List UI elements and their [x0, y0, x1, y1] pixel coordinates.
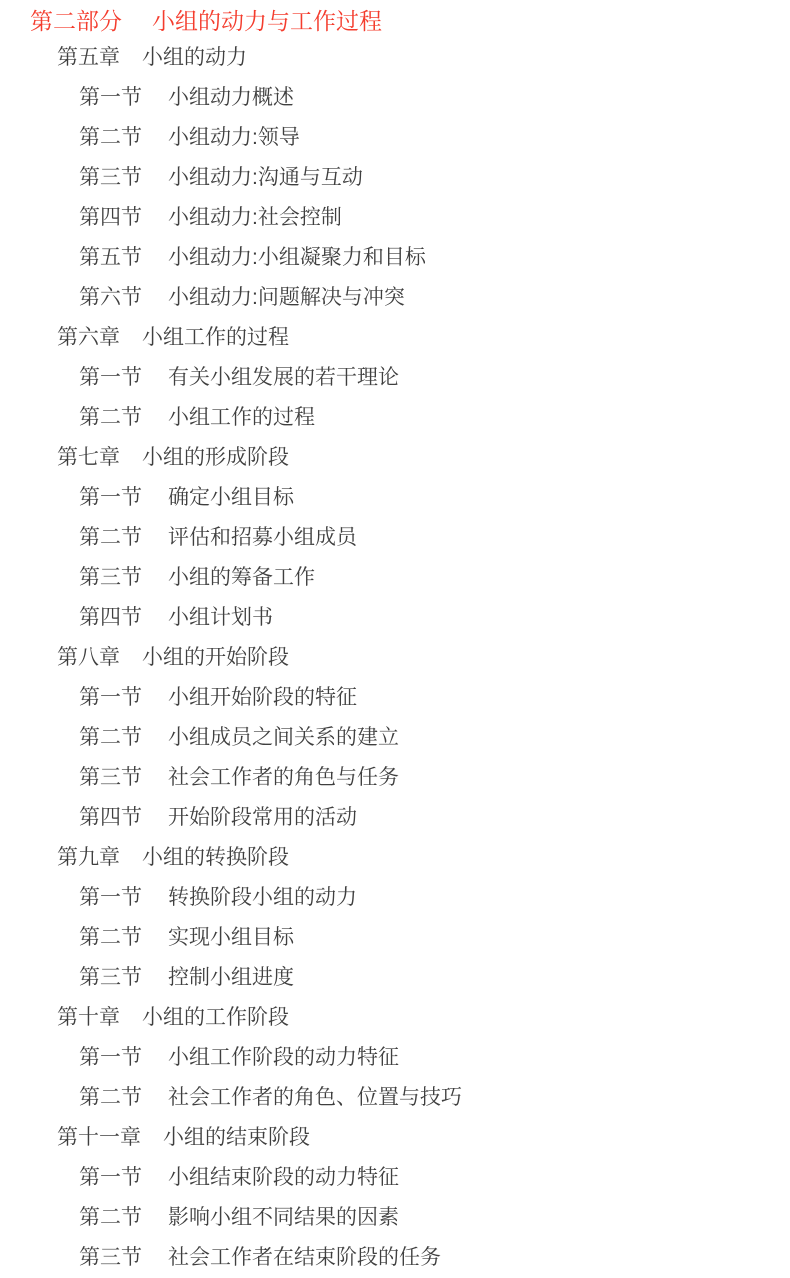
toc-section-row[interactable]: 第四节小组动力:社会控制: [0, 196, 790, 236]
section-number: 第二节: [79, 921, 142, 951]
section-title: 转换阶段小组的动力: [168, 881, 357, 911]
section-title: 小组动力:领导: [168, 121, 300, 151]
toc-section-row[interactable]: 第一节小组动力概述: [0, 76, 790, 116]
toc-section-row[interactable]: 第二节评估和招募小组成员: [0, 516, 790, 556]
section-title: 小组工作的过程: [168, 401, 315, 431]
section-title: 小组计划书: [168, 601, 273, 631]
section-number: 第三节: [79, 161, 142, 191]
section-number: 第四节: [79, 201, 142, 231]
toc-section-row[interactable]: 第三节小组的筹备工作: [0, 556, 790, 596]
section-title: 评估和招募小组成员: [168, 521, 357, 551]
table-of-contents: 第二部分 小组的动力与工作过程 第五章小组的动力第一节小组动力概述第二节小组动力…: [0, 0, 790, 1276]
toc-section-row[interactable]: 第六节小组动力:问题解决与冲突: [0, 276, 790, 316]
toc-section-row[interactable]: 第四节开始阶段常用的活动: [0, 796, 790, 836]
section-title: 小组开始阶段的特征: [168, 681, 357, 711]
toc-chapter-row[interactable]: 第十章小组的工作阶段: [0, 996, 790, 1036]
chapter-title: 小组的动力: [142, 41, 247, 71]
toc-rows: 第五章小组的动力第一节小组动力概述第二节小组动力:领导第三节小组动力:沟通与互动…: [0, 36, 790, 1276]
toc-section-row[interactable]: 第三节控制小组进度: [0, 956, 790, 996]
section-title: 社会工作者的角色与任务: [168, 761, 399, 791]
toc-section-row[interactable]: 第一节转换阶段小组的动力: [0, 876, 790, 916]
toc-section-row[interactable]: 第四节小组计划书: [0, 596, 790, 636]
section-title: 影响小组不同结果的因素: [168, 1201, 399, 1231]
section-number: 第六节: [79, 281, 142, 311]
toc-section-row[interactable]: 第二节影响小组不同结果的因素: [0, 1196, 790, 1236]
section-title: 小组的筹备工作: [168, 561, 315, 591]
section-number: 第四节: [79, 601, 142, 631]
section-title: 实现小组目标: [168, 921, 294, 951]
toc-section-row[interactable]: 第二节小组成员之间关系的建立: [0, 716, 790, 756]
toc-section-row[interactable]: 第二节小组动力:领导: [0, 116, 790, 156]
section-title: 小组结束阶段的动力特征: [168, 1161, 399, 1191]
toc-chapter-row[interactable]: 第七章小组的形成阶段: [0, 436, 790, 476]
toc-section-row[interactable]: 第二节实现小组目标: [0, 916, 790, 956]
chapter-title: 小组的形成阶段: [142, 441, 289, 471]
toc-section-row[interactable]: 第一节小组开始阶段的特征: [0, 676, 790, 716]
section-title: 小组动力:问题解决与冲突: [168, 281, 405, 311]
section-number: 第二节: [79, 521, 142, 551]
part-number: 第二部分: [30, 3, 122, 36]
section-title: 小组动力:社会控制: [168, 201, 342, 231]
chapter-title: 小组工作的过程: [142, 321, 289, 351]
section-number: 第一节: [79, 1161, 142, 1191]
section-number: 第二节: [79, 401, 142, 431]
chapter-number: 第七章: [57, 441, 120, 471]
section-number: 第三节: [79, 561, 142, 591]
section-number: 第三节: [79, 761, 142, 791]
section-number: 第五节: [79, 241, 142, 271]
section-number: 第一节: [79, 681, 142, 711]
toc-part-heading[interactable]: 第二部分 小组的动力与工作过程: [0, 2, 790, 36]
section-number: 第一节: [79, 361, 142, 391]
section-number: 第二节: [79, 1081, 142, 1111]
toc-section-row[interactable]: 第五节小组动力:小组凝聚力和目标: [0, 236, 790, 276]
chapter-number: 第五章: [57, 41, 120, 71]
toc-section-row[interactable]: 第三节社会工作者的角色与任务: [0, 756, 790, 796]
toc-section-row[interactable]: 第三节社会工作者在结束阶段的任务: [0, 1236, 790, 1276]
section-number: 第三节: [79, 1241, 142, 1271]
section-title: 小组动力:小组凝聚力和目标: [168, 241, 426, 271]
toc-section-row[interactable]: 第一节确定小组目标: [0, 476, 790, 516]
toc-chapter-row[interactable]: 第九章小组的转换阶段: [0, 836, 790, 876]
toc-chapter-row[interactable]: 第八章小组的开始阶段: [0, 636, 790, 676]
section-title: 社会工作者的角色、位置与技巧: [168, 1081, 462, 1111]
toc-section-row[interactable]: 第二节小组工作的过程: [0, 396, 790, 436]
chapter-number: 第九章: [57, 841, 120, 871]
chapter-title: 小组的工作阶段: [142, 1001, 289, 1031]
toc-section-row[interactable]: 第一节小组结束阶段的动力特征: [0, 1156, 790, 1196]
chapter-title: 小组的结束阶段: [163, 1121, 310, 1151]
toc-chapter-row[interactable]: 第五章小组的动力: [0, 36, 790, 76]
section-number: 第三节: [79, 961, 142, 991]
chapter-number: 第十章: [57, 1001, 120, 1031]
section-number: 第四节: [79, 801, 142, 831]
chapter-title: 小组的转换阶段: [142, 841, 289, 871]
toc-section-row[interactable]: 第一节有关小组发展的若干理论: [0, 356, 790, 396]
section-number: 第一节: [79, 1041, 142, 1071]
chapter-title: 小组的开始阶段: [142, 641, 289, 671]
chapter-number: 第八章: [57, 641, 120, 671]
section-title: 社会工作者在结束阶段的任务: [168, 1241, 441, 1271]
section-number: 第二节: [79, 721, 142, 751]
section-title: 开始阶段常用的活动: [168, 801, 357, 831]
toc-section-row[interactable]: 第一节小组工作阶段的动力特征: [0, 1036, 790, 1076]
toc-chapter-row[interactable]: 第十一章小组的结束阶段: [0, 1116, 790, 1156]
section-number: 第二节: [79, 1201, 142, 1231]
section-number: 第一节: [79, 481, 142, 511]
section-number: 第一节: [79, 81, 142, 111]
section-title: 控制小组进度: [168, 961, 294, 991]
section-title: 小组工作阶段的动力特征: [168, 1041, 399, 1071]
section-number: 第二节: [79, 121, 142, 151]
section-title: 小组动力概述: [168, 81, 294, 111]
section-title: 有关小组发展的若干理论: [168, 361, 399, 391]
toc-section-row[interactable]: 第三节小组动力:沟通与互动: [0, 156, 790, 196]
section-title: 小组动力:沟通与互动: [168, 161, 363, 191]
chapter-number: 第十一章: [57, 1121, 141, 1151]
part-title: 小组的动力与工作过程: [152, 3, 382, 36]
section-title: 小组成员之间关系的建立: [168, 721, 399, 751]
toc-chapter-row[interactable]: 第六章小组工作的过程: [0, 316, 790, 356]
chapter-number: 第六章: [57, 321, 120, 351]
section-title: 确定小组目标: [168, 481, 294, 511]
toc-section-row[interactable]: 第二节社会工作者的角色、位置与技巧: [0, 1076, 790, 1116]
section-number: 第一节: [79, 881, 142, 911]
